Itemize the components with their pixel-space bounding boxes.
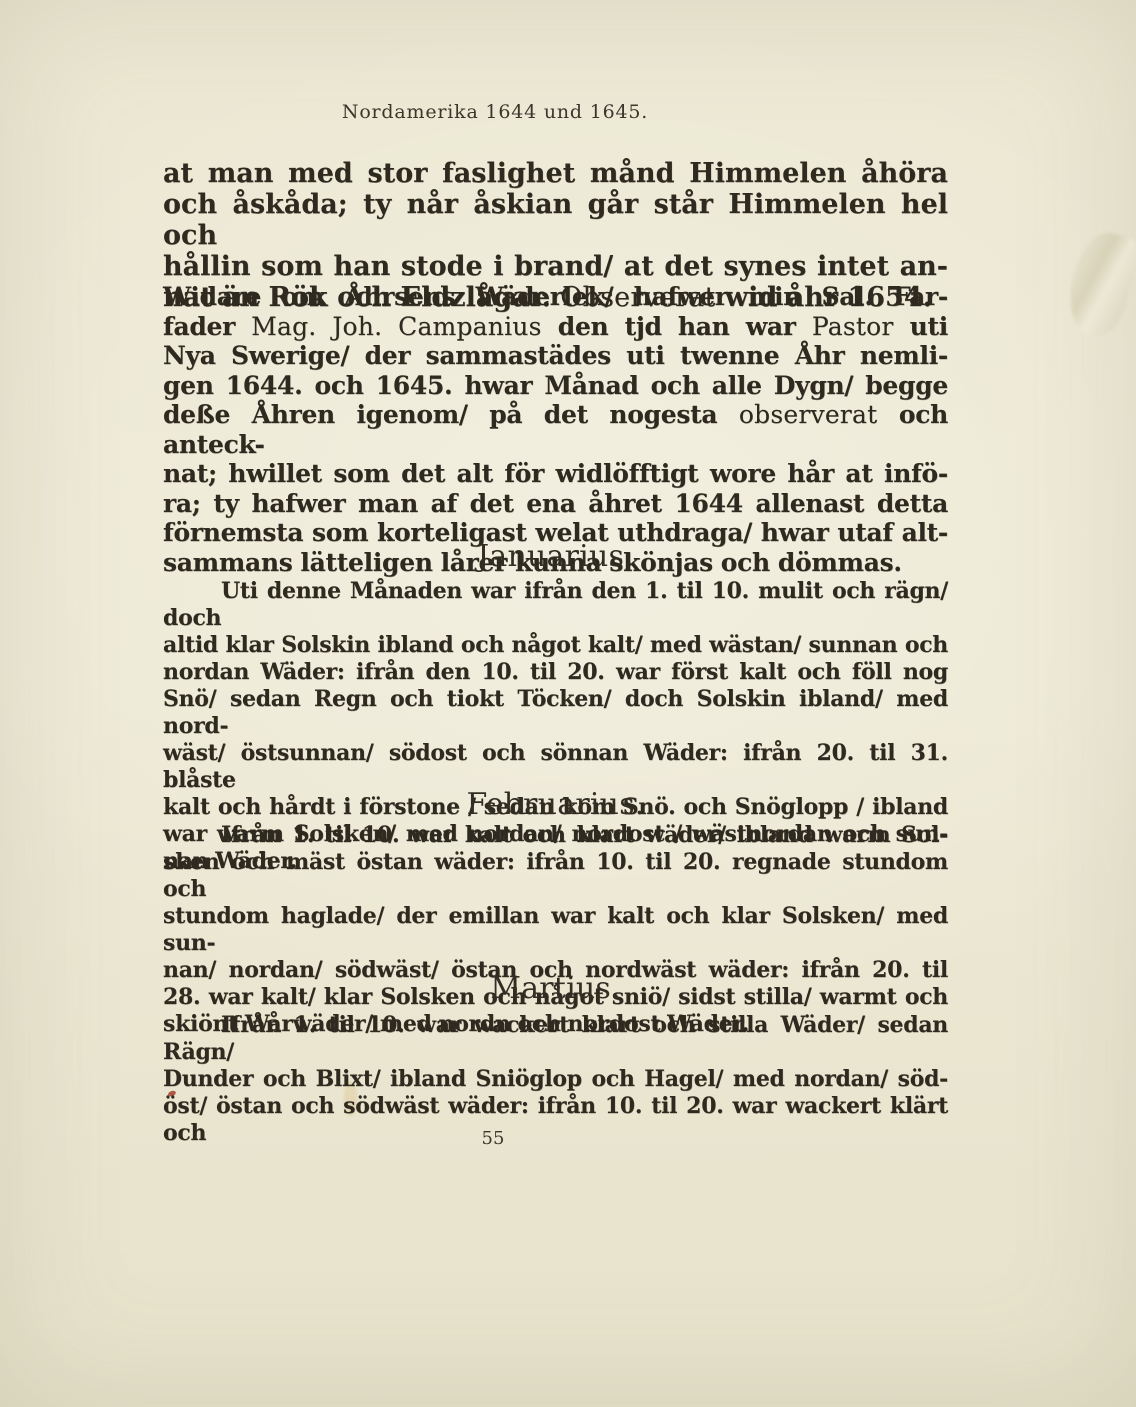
heading-januarius: Januarius,	[163, 540, 948, 574]
text-line: Dunder och Blixt/ ibland Sniöglop och Ha…	[163, 1066, 948, 1093]
text-line: ra; ty hafwer man af det ena åhret 1644 …	[163, 489, 948, 519]
text-line: och åskåda; ty når åskian går står Himme…	[163, 189, 948, 251]
paragraph-martius: Ifrån 1. til 10. war wackert klart och s…	[163, 1012, 948, 1147]
text-line: sken och mäst östan wäder: ifrån 10. til…	[163, 849, 948, 903]
text-line: Snö/ sedan Regn och tiokt Töcken/ doch S…	[163, 686, 948, 740]
text-line: Widare om Åhrsens Wäderlek/ hafwer min S…	[163, 282, 948, 312]
text-line: at man med stor faslighet månd Himmelen …	[163, 158, 948, 189]
intro-paragraph: Widare om Åhrsens Wäderlek/ hafwer min S…	[163, 282, 948, 577]
text-line: gen 1644. och 1645. hwar Månad och alle …	[163, 371, 948, 401]
text-line: hållin som han stode i brand/ at det syn…	[163, 251, 948, 282]
text-line: Ifrån 1. til 10. war kalt och klart wäde…	[163, 822, 948, 849]
page-number: 55	[163, 1128, 823, 1149]
text-line: nat; hwillet som det alt för widlöfftigt…	[163, 459, 948, 489]
heading-februarius: Februarius.	[163, 788, 948, 822]
text-line: wäst/ östsunnan/ södost och sönnan Wäder…	[163, 740, 948, 794]
text-line: altid klar Solskin ibland och något kalt…	[163, 632, 948, 659]
heading-martius: Martius.	[163, 972, 948, 1006]
text-line: stundom haglade/ der emillan war kalt oc…	[163, 903, 948, 957]
scanned-book-page: { "page": { "running_head": "Nordamerika…	[0, 0, 1136, 1407]
running-head: Nordamerika 1644 und 1645.	[163, 101, 827, 123]
text-line: Uti denne Månaden war ifrån den 1. til 1…	[163, 578, 948, 632]
text-line: fader Mag. Joh. Campanius den tjd han wa…	[163, 312, 948, 342]
text-line: deße Åhren igenom/ på det nogesta observ…	[163, 400, 948, 459]
text-line: Ifrån 1. til 10. war wackert klart och s…	[163, 1012, 948, 1066]
text-line: Nya Swerige/ der sammastädes uti twenne …	[163, 341, 948, 371]
text-line: nordan Wäder: ifrån den 10. til 20. war …	[163, 659, 948, 686]
